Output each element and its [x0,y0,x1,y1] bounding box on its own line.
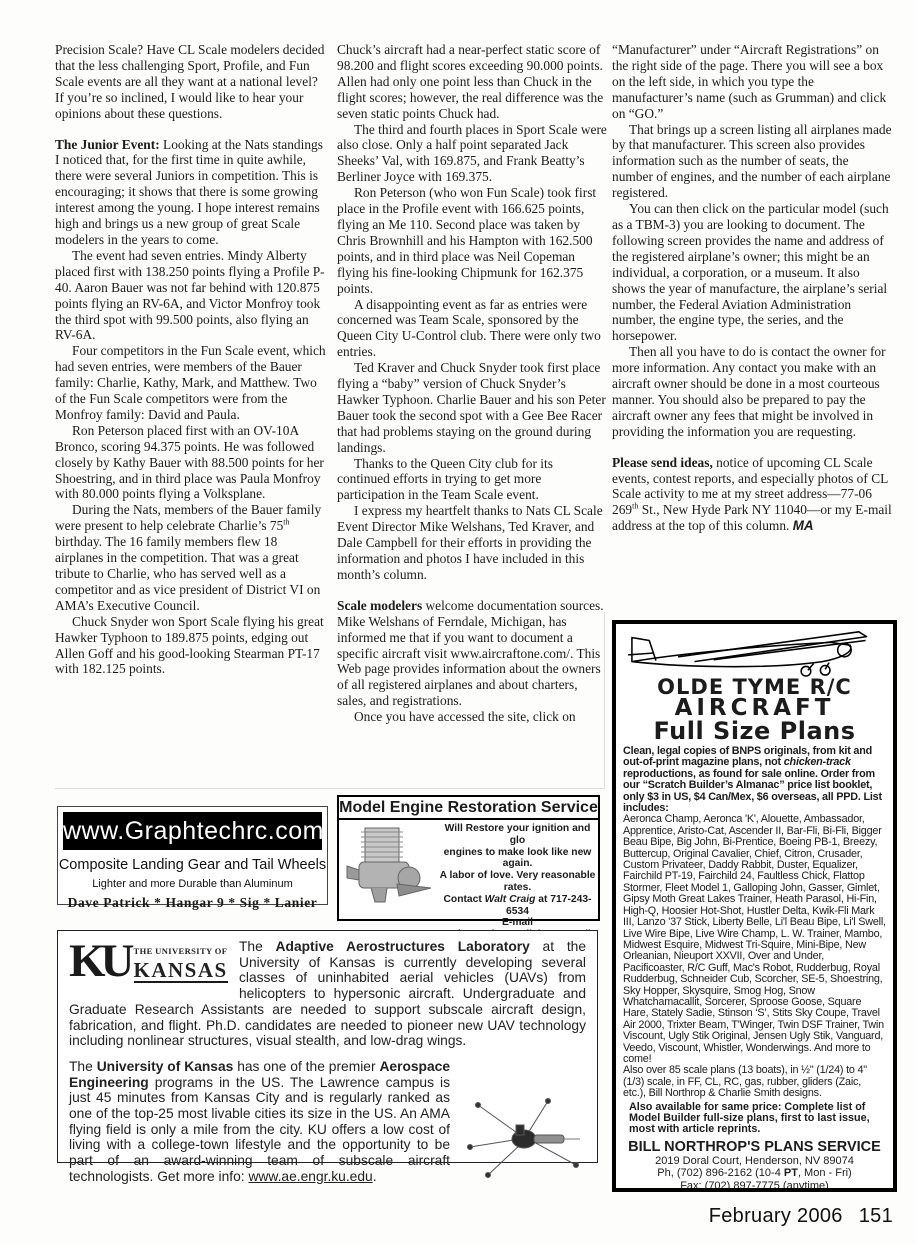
text-segment: The [69,1059,97,1074]
article-paragraph: “Manufacturer” under “Aircraft Registrat… [612,42,892,122]
article-paragraph: Ted Kraver and Chuck Snyder took first p… [337,360,609,455]
text-segment: Contact [443,894,484,905]
text-segment: reproductions, as found for sale online.… [623,768,882,814]
article-paragraph: The event had seven entries. Mindy Alber… [55,248,327,343]
article-paragraph: Scale modelers welcome documentation sou… [337,598,609,709]
plans-service-phone: Ph, (702) 896-2162 (10-4 PT, Mon - Fri) [623,1167,886,1180]
article-paragraph: You can then click on the particular mod… [612,201,892,344]
engine-ad-line: Will Restore your ignition and glo [437,823,598,847]
article-paragraph: Then all you have to do is contact the o… [612,344,892,439]
text-segment: Chuck Snyder won Sport Scale flying his … [55,614,324,677]
article-paragraph: A disappointing event as far as entries … [337,297,609,361]
text-segment: The third and fourth places in Sport Sca… [337,122,607,185]
magazine-page: { "article": { "columns": [ [ {"seg":[{"… [0,0,916,1245]
text-segment: St., New Hyde Park NY 11040—or my E-mail… [612,502,892,533]
text-segment: University of Kansas [97,1059,234,1074]
engine-ad-title: Model Engine Restoration Service [339,797,598,820]
text-segment: Thanks to the Queen City club for its co… [337,456,553,503]
article-paragraph: Please send ideas, notice of upcoming CL… [612,455,892,535]
text-segment: Precision Scale? Have CL Scale modelers … [55,42,324,121]
graphtech-brands: Dave Patrick * Hangar 9 * Sig * Lanier [58,895,327,911]
plans-service-address: 2019 Doral Court, Henderson, NV 89074 [623,1155,886,1168]
olde-tyme-title-1: OLDE TYME R/C [623,677,886,697]
olde-tyme-title-2: AIRCRAFT [623,697,886,719]
olde-tyme-plans-list: Aeronca Champ, Aeronca 'K', Alouette, Am… [623,814,886,1065]
text-segment: . [373,1169,377,1184]
text-segment: Adaptive Aerostructures Laboratory [276,939,530,954]
text-segment: engines to make look like new again. [444,847,592,870]
text-segment: That brings up a screen listing all airp… [612,122,892,201]
text-segment: Ph, (702) 896-2162 (10-4 [657,1167,784,1179]
text-segment: has one of the premier [233,1059,379,1074]
column-divider-line [55,788,604,789]
olde-tyme-intro: Clean, legal copies of BNPS originals, f… [623,746,886,814]
article-paragraph: Ron Peterson (who won Fun Scale) took fi… [337,185,609,296]
text-segment: Ron Peterson (who won Fun Scale) took fi… [337,185,596,295]
footer-page-number: 151 [859,1205,893,1227]
text-segment: Looking at the Nats standings I noticed … [55,137,323,247]
olde-tyme-plans-ad: OLDE TYME R/C AIRCRAFT Full Size Plans C… [612,620,897,1192]
article-paragraph: Once you have accessed the site, click o… [337,709,609,725]
ku-logo-mark: KU [69,940,130,982]
text-segment: Once you have accessed the site, click o… [354,709,576,724]
article-paragraph: Four competitors in the Fun Scale event,… [55,343,327,423]
ku-ad: KU THE UNIVERSITY OF KANSAS The Adaptive… [57,930,598,1163]
plans-service-fax: Fax: (702) 897-7775 (anytime) [623,1180,886,1192]
graphtech-ad: www.Graphtechrc.com Composite Landing Ge… [57,806,328,905]
olde-tyme-title-3: Full Size Plans [623,719,886,743]
article-paragraph: The Junior Event: Looking at the Nats st… [55,137,327,248]
article-column-3: “Manufacturer” under “Aircraft Registrat… [612,42,892,534]
text-segment: Walt Craig [485,894,536,905]
inline-link[interactable]: www.ae.engr.ku.edu [248,1169,372,1184]
graphtech-tagline: Composite Landing Gear and Tail Wheels [58,857,327,873]
text-segment: I express my heartfelt thanks to Nats CL… [337,503,603,582]
text-segment: The event had seven entries. Mindy Alber… [55,248,325,343]
article-paragraph: The third and fourth places in Sport Sca… [337,122,609,186]
text-segment: welcome documentation sources. Mike Wels… [337,598,604,708]
ku-logo: KU THE UNIVERSITY OF KANSAS [69,940,229,986]
article-paragraph: I express my heartfelt thanks to Nats CL… [337,503,609,583]
engine-ad-line: engines to make look like new again. [437,847,598,871]
text-segment: You can then click on the particular mod… [612,201,889,343]
text-segment: PT [784,1167,798,1179]
text-segment: The Junior Event: [55,137,160,152]
text-segment: Please send ideas, [612,455,713,470]
article-paragraph: Chuck’s aircraft had a near-perfect stat… [337,42,609,122]
engine-ad-line: A labor of love. Very reasonable rates. [437,870,598,894]
page-footer: February 2006151 [709,1205,893,1228]
article-column-1: Precision Scale? Have CL Scale modelers … [55,42,327,677]
text-segment: “Manufacturer” under “Aircraft Registrat… [612,42,886,121]
text-segment: chicken-track [784,756,851,768]
article-column-2: Chuck’s aircraft had a near-perfect stat… [337,42,609,725]
text-segment: Chuck’s aircraft had a near-perfect stat… [337,42,603,121]
uav-graphic [458,1095,586,1183]
engine-ad-line: Contact Walt Craig at 717-243-6534 [437,894,598,918]
text-segment: Will Restore your ignition and glo [445,823,591,846]
column-divider-line [604,612,605,789]
text-segment: birthday. The 16 family members flew 18 … [55,534,320,613]
airplane-drawing [623,627,887,677]
text-segment: MA [793,518,814,533]
text-segment: Ted Kraver and Chuck Snyder took first p… [337,360,606,455]
text-segment: programs in the US. The Lawrence campus … [69,1075,450,1184]
text-segment: Then all you have to do is contact the o… [612,344,886,439]
article-paragraph: Precision Scale? Have CL Scale modelers … [55,42,327,122]
article-paragraph: That brings up a screen listing all airp… [612,122,892,202]
model-engine-photo [341,822,437,912]
text-segment: Ron Peterson placed first with an OV-10A… [55,423,324,502]
text-segment: th [283,518,289,527]
text-segment: A disappointing event as far as entries … [337,297,601,360]
text-segment: , Mon - Fri) [798,1167,852,1179]
ku-logo-bottom-text: KANSAS [134,960,228,983]
article-paragraph: Ron Peterson placed first with an OV-10A… [55,423,327,503]
plans-service-name: BILL NORTHROP'S PLANS SERVICE [623,1139,886,1155]
article-paragraph: Chuck Snyder won Sport Scale flying his … [55,614,327,678]
text-segment: During the Nats, members of the Bauer fa… [55,502,321,533]
article-paragraph: Thanks to the Queen City club for its co… [337,456,609,504]
graphtech-subline: Lighter and more Durable than Aluminum [58,878,327,890]
text-segment: Four competitors in the Fun Scale event,… [55,343,326,422]
olde-tyme-also-note: Also available for same price: Complete … [629,1102,884,1136]
footer-issue: February 2006 [709,1205,843,1227]
text-segment: A labor of love. Very reasonable rates. [440,870,596,893]
engine-restoration-ad: Model Engine Restoration Service Will Re… [337,795,600,921]
olde-tyme-scale-note: Also over 85 scale plans (13 boats), in … [623,1065,886,1099]
graphtech-url: www.Graphtechrc.com [63,812,322,850]
text-segment: Scale modelers [337,598,422,613]
text-segment: The [239,939,276,954]
article-paragraph: During the Nats, members of the Bauer fa… [55,502,327,613]
